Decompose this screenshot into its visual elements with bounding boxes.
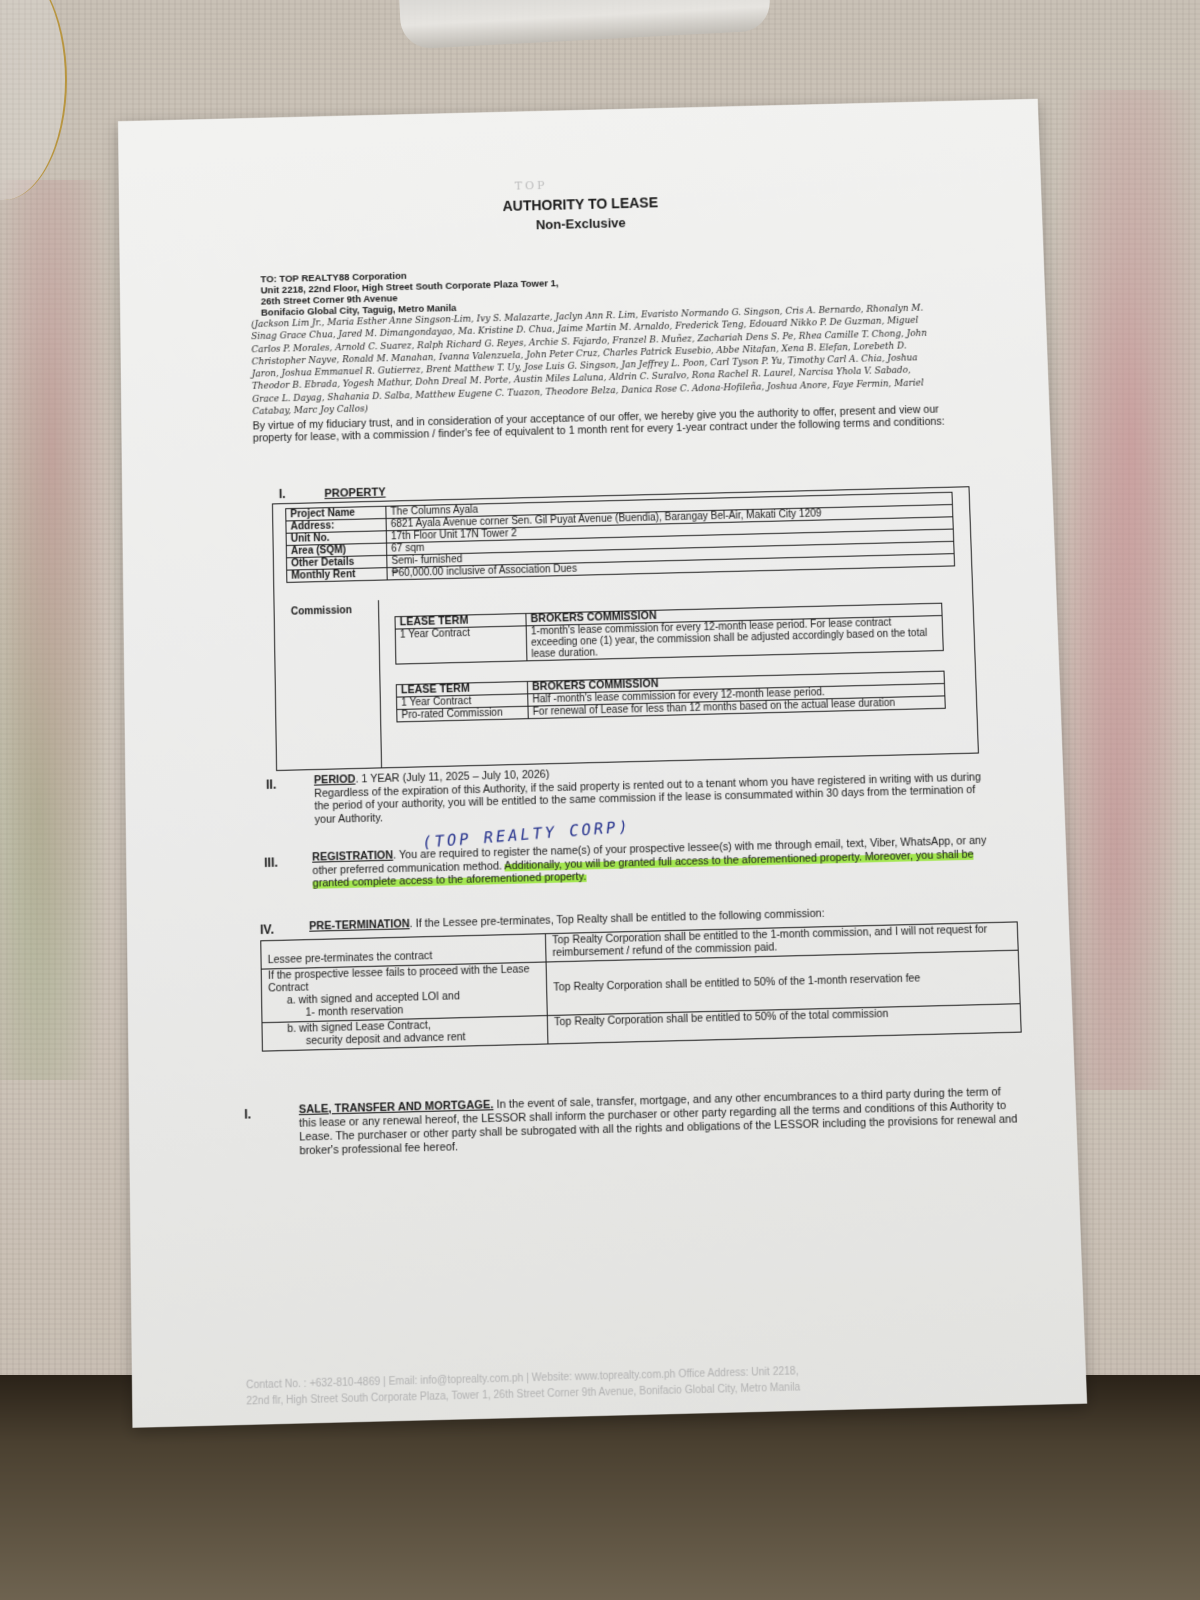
document-page: TOP AUTHORITY TO LEASE Non-Exclusive TO:…: [118, 99, 1087, 1428]
tablecloth-pattern: [0, 180, 130, 1080]
section-heading-pretermination: PRE-TERMINATION: [309, 918, 410, 933]
principals-list: (Jackson Lim Jr., Maria Esther Anne Sing…: [251, 302, 938, 418]
section-registration: REGISTRATION. You are required to regist…: [312, 834, 997, 890]
drinking-glass: [0, 0, 67, 200]
property-label: Monthly Rent: [287, 568, 388, 583]
lease-term-cell: 1 Year Contract: [395, 626, 527, 664]
section-number: III.: [264, 855, 278, 870]
commission-table: LEASE TERM BROKERS COMMISSION 1 Year Con…: [396, 671, 946, 723]
divider: [378, 600, 382, 767]
page-footer: Contact No. : +632-810-4869 | Email: inf…: [246, 1356, 1097, 1410]
condition-cell: b. with signed Lease Contract, security …: [262, 1016, 548, 1052]
addressee-block: TO: TOP REALTY88 Corporation Unit 2218, …: [260, 267, 559, 319]
property-box: Project NameThe Columns AyalaAddress:682…: [272, 486, 979, 771]
commission-label: Commission: [291, 605, 352, 618]
condition-cell: If the prospective lessee fails to proce…: [261, 962, 547, 1023]
section-number: I.: [279, 487, 286, 501]
sale-transfer-body: In the event of sale, transfer, mortgage…: [299, 1086, 1018, 1158]
lease-term-cell: Pro-rated Commission: [397, 706, 528, 722]
property-table: Project NameThe Columns AyalaAddress:682…: [285, 492, 955, 583]
glass-dish: [399, 0, 772, 50]
section-sale-transfer: SALE, TRANSFER AND MORTGAGE. In the even…: [299, 1085, 1021, 1158]
section-heading-period: PERIOD: [314, 773, 356, 786]
logo-watermark: TOP: [515, 179, 548, 193]
section-period: PERIOD. 1 YEAR (July 11, 2025 – July 10,…: [314, 758, 988, 827]
section-number: I.: [244, 1107, 251, 1122]
section-heading-property: PROPERTY: [324, 486, 385, 500]
section-number: II.: [266, 777, 276, 792]
section-number: IV.: [260, 922, 274, 937]
commission-table: LEASE TERM BROKERS COMMISSION 1 Year Con…: [394, 603, 943, 665]
pretermination-table: Lessee pre-terminates the contract Top R…: [260, 921, 1021, 1051]
